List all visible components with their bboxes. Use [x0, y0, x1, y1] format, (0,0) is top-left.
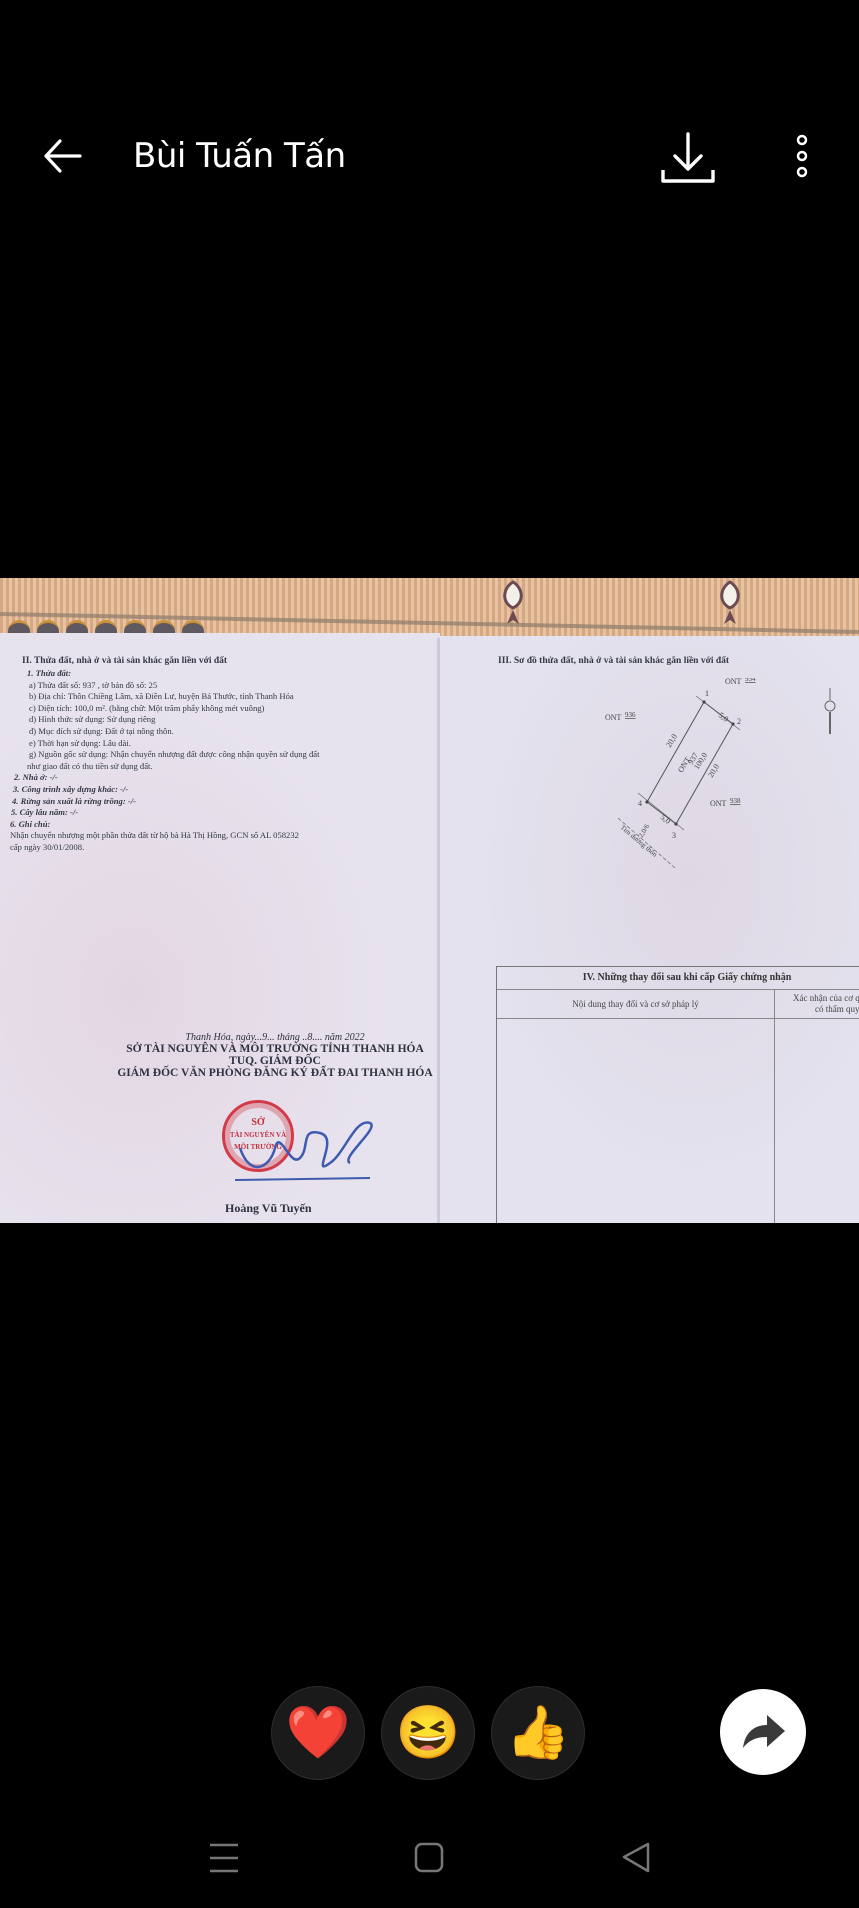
- item-4: 4. Rừng sản xuất là rừng trồng: -/-: [12, 796, 320, 808]
- svg-text:20,0: 20,0: [664, 732, 679, 749]
- share-icon: [739, 1712, 787, 1752]
- section-iii-title: III. Sơ đồ thửa đất, nhà ở và tài sản kh…: [498, 656, 729, 666]
- handwritten-signature-icon: [230, 1108, 380, 1188]
- usage-form-line: d) Hình thức sử dụng: Sử dụng riêng: [29, 714, 320, 726]
- home-icon: [404, 1830, 454, 1880]
- svg-text:ONT: ONT: [725, 678, 742, 686]
- note-line-1: Nhận chuyển nhượng một phần thửa đất từ …: [10, 830, 320, 842]
- item-1-title: 1. Thửa đất:: [27, 668, 320, 680]
- reaction-heart-button[interactable]: ❤️: [271, 1686, 365, 1780]
- home-button[interactable]: [404, 1830, 454, 1880]
- menu-icon: [200, 1830, 250, 1880]
- reaction-bar: ❤️ 😆 👍: [0, 1686, 859, 1782]
- usage-origin-line-2: như giao đất có thu tiền sử dụng đất.: [27, 761, 320, 773]
- area-line: c) Diện tích: 100,0 m². (bằng chữ: Một t…: [29, 703, 320, 715]
- back-triangle-icon: [612, 1830, 662, 1880]
- changes-column-confirmation: Xác nhận của cơ qu có thẩm quyền: [775, 990, 859, 1223]
- share-button[interactable]: [720, 1689, 806, 1775]
- item-3: 3. Công trình xây dựng khác: -/-: [13, 784, 320, 796]
- svg-text:Tim đường thôn: Tim đường thôn: [619, 823, 659, 859]
- svg-text:2: 2: [737, 717, 741, 726]
- download-icon: [658, 130, 718, 186]
- item-6-title: 6. Ghi chú:: [10, 819, 320, 831]
- top-bar: Bùi Tuấn Tấn: [0, 110, 859, 206]
- tuq-label: TUQ. GIÁM ĐỐC: [95, 1055, 455, 1067]
- svg-text:934: 934: [745, 678, 756, 683]
- back-nav-button[interactable]: [612, 1830, 662, 1880]
- svg-text:ONT: ONT: [710, 799, 727, 808]
- section-ii-title: II. Thửa đất, nhà ở và tài sản khác gắn …: [22, 656, 320, 666]
- issuing-org: SỞ TÀI NGUYÊN VÀ MÔI TRƯỜNG TỈNH THANH H…: [95, 1043, 455, 1055]
- signature-block: Thanh Hóa, ngày...9... tháng ..8.... năm…: [95, 1032, 455, 1079]
- issue-date: Thanh Hóa, ngày...9... tháng ..8.... năm…: [95, 1032, 455, 1043]
- address-line: b) Địa chỉ: Thôn Chiềng Lâm, xã Điền Lư,…: [29, 691, 320, 703]
- parcel-number-line: a) Thửa đất số: 937 , tờ bản đồ số: 25: [29, 680, 320, 692]
- shared-photo[interactable]: II. Thửa đất, nhà ở và tài sản khác gắn …: [0, 578, 859, 1223]
- sender-name: Bùi Tuấn Tấn: [133, 136, 346, 176]
- svg-text:5,0: 5,0: [659, 812, 672, 825]
- heart-icon: ❤️: [286, 1707, 351, 1759]
- more-vertical-icon: [786, 132, 818, 184]
- svg-text:1: 1: [705, 689, 709, 698]
- confirmation-column-header: Xác nhận của cơ qu có thẩm quyền: [775, 990, 859, 1019]
- system-navigation-bar: [0, 1830, 859, 1890]
- download-button[interactable]: [658, 130, 718, 186]
- arrow-left-icon: [40, 132, 88, 180]
- svg-text:936: 936: [625, 711, 636, 719]
- note-line-2: cấp ngày 30/01/2008.: [10, 842, 320, 854]
- laughing-face-icon: 😆: [396, 1707, 461, 1759]
- item-2: 2. Nhà ở: -/-: [14, 772, 320, 784]
- reaction-thumbs-up-button[interactable]: 👍: [491, 1686, 585, 1780]
- usage-origin-line: g) Nguồn gốc sử dụng: Nhận chuyển nhượng…: [29, 749, 320, 761]
- signer-name: Hoàng Vũ Tuyến: [225, 1201, 312, 1216]
- left-page-content: II. Thửa đất, nhà ở và tài sản khác gắn …: [22, 656, 320, 854]
- reaction-laugh-button[interactable]: 😆: [381, 1686, 475, 1780]
- thumbs-up-icon: 👍: [506, 1707, 571, 1759]
- back-button[interactable]: [40, 132, 88, 180]
- more-options-button[interactable]: [786, 132, 818, 184]
- changes-table: IV. Những thay đổi sau khi cấp Giấy chứn…: [496, 966, 859, 1223]
- svg-text:938: 938: [730, 797, 741, 805]
- tile-ornament-icon: [495, 580, 531, 632]
- svg-text:20,0: 20,0: [706, 762, 721, 779]
- page-fold: [437, 638, 440, 1223]
- svg-text:ONT: ONT: [605, 713, 622, 722]
- svg-text:4: 4: [638, 799, 642, 808]
- north-arrow-icon: [820, 688, 840, 738]
- svg-text:5,0: 5,0: [717, 710, 730, 723]
- usage-term-line: e) Thời hạn sử dụng: Lâu dài.: [29, 738, 320, 750]
- changes-column-content: Nội dung thay đổi và cơ sở pháp lý: [497, 990, 775, 1223]
- signer-position: GIÁM ĐỐC VĂN PHÒNG ĐĂNG KÝ ĐẤT ĐAI THANH…: [95, 1067, 455, 1079]
- changes-table-title: IV. Những thay đổi sau khi cấp Giấy chứn…: [497, 967, 859, 990]
- usage-purpose-line: đ) Mục đích sử dụng: Đất ở tại nông thôn…: [29, 726, 320, 738]
- recent-apps-button[interactable]: [200, 1830, 250, 1880]
- item-5: 5. Cây lâu năm: -/-: [11, 807, 320, 819]
- tile-ornament-icon: [712, 580, 748, 632]
- svg-text:3: 3: [672, 831, 676, 840]
- changes-column-header: Nội dung thay đổi và cơ sở pháp lý: [497, 990, 774, 1019]
